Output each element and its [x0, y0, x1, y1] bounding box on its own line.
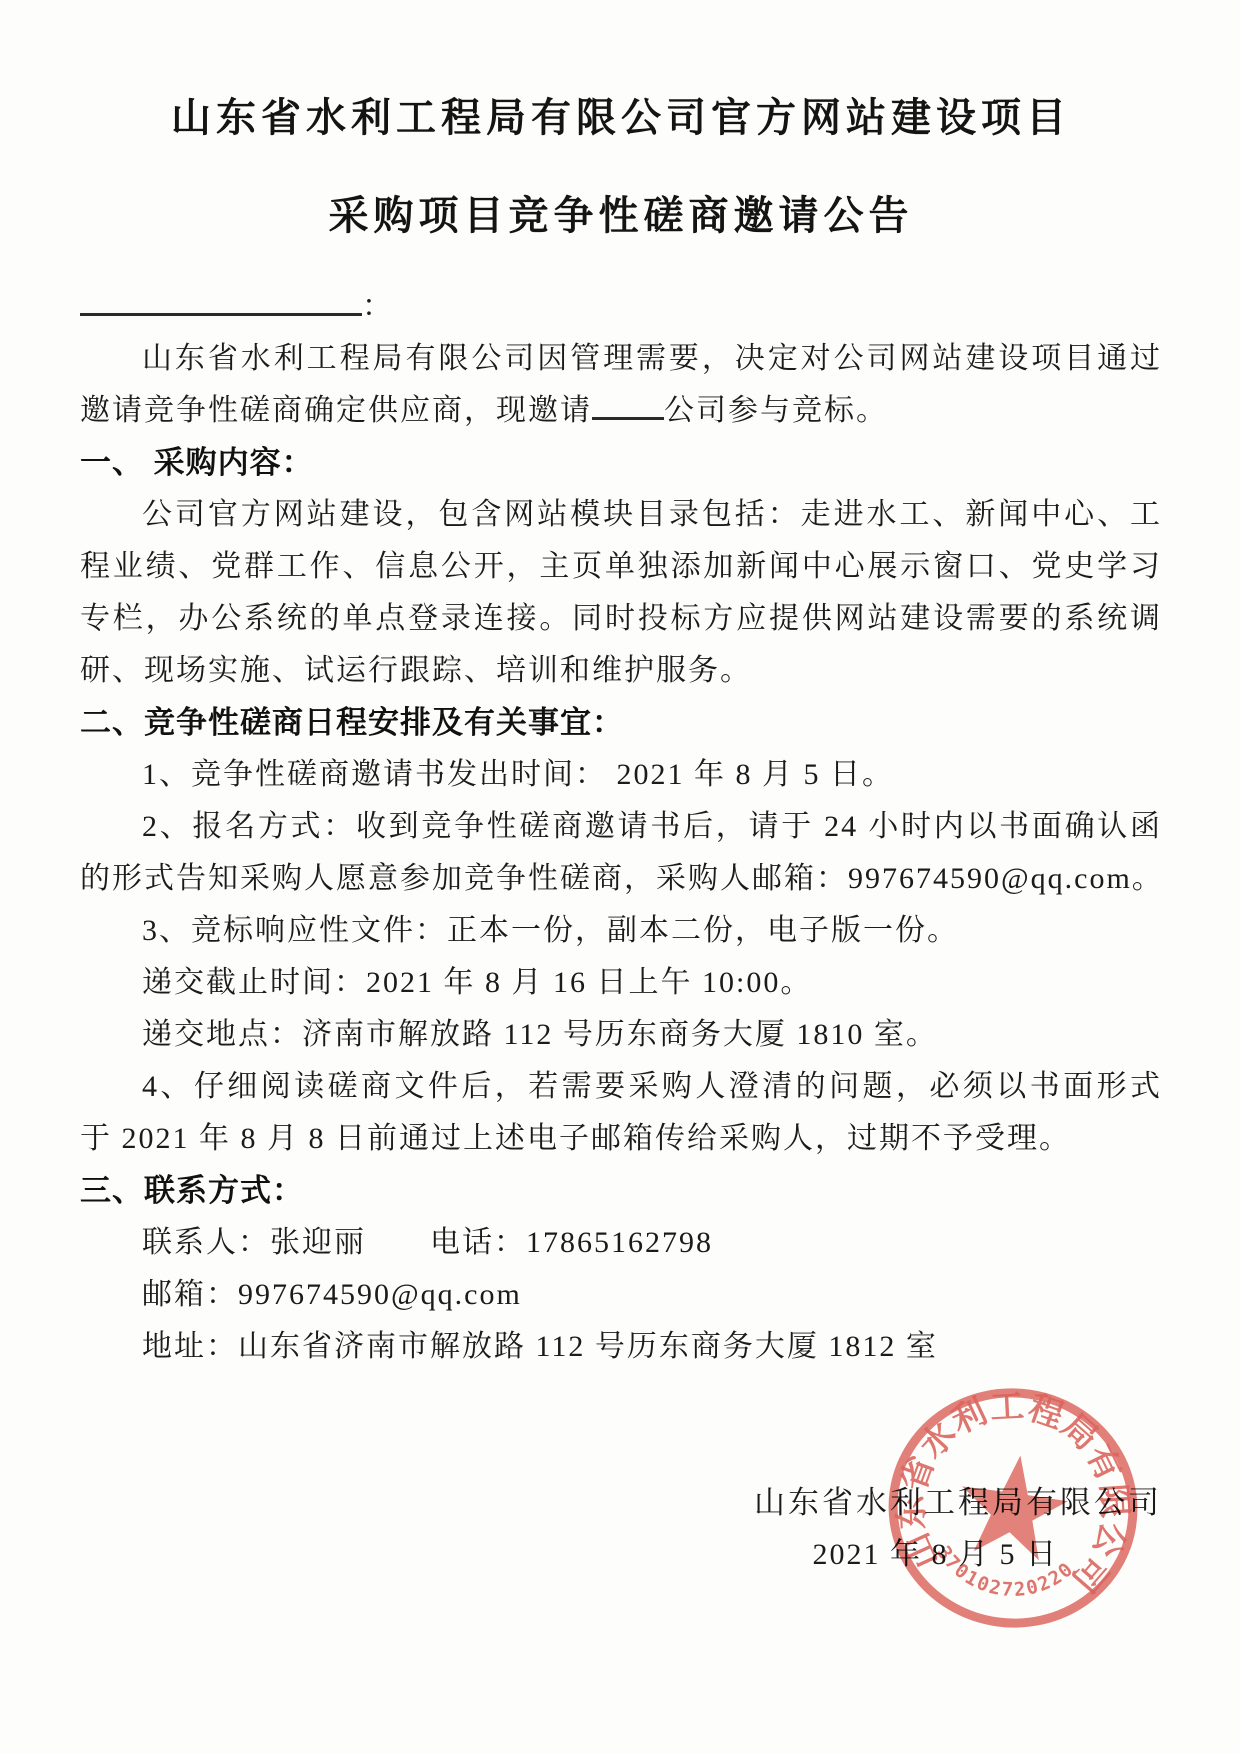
intro-line2-before-blank: 邀请竞争性磋商确定供应商，现邀请	[80, 394, 592, 427]
document-content: 山东省水利工程局有限公司官方网站建设项目 采购项目竞争性磋商邀请公告 ： 山东省…	[0, 92, 1240, 1581]
salutation-colon: ：	[362, 290, 394, 323]
section2-item4-line1: 4、仔细阅读磋商文件后，若需要采购人澄清的问题，必须以书面形式	[80, 1061, 1162, 1113]
intro-line2-after-blank: 公司参与竞标。	[664, 394, 888, 427]
contact-person-line: 联系人：张迎丽 电话：17865162798	[80, 1217, 1162, 1269]
intro-line-1: 山东省水利工程局有限公司因管理需要，决定对公司网站建设项目通过	[80, 333, 1162, 385]
salutation-blank-underline	[80, 278, 362, 316]
signature-date: 2021 年 8 月 5 日	[80, 1529, 1162, 1581]
signature-company: 山东省水利工程局有限公司	[80, 1477, 1162, 1529]
section2-item4-line2: 于 2021 年 8 月 8 日前通过上述电子邮箱传给采购人，过期不予受理。	[80, 1113, 1162, 1165]
scanned-document-page: 山东省水利工程局有限公司官方网站建设项目 采购项目竞争性磋商邀请公告 ： 山东省…	[0, 0, 1240, 1753]
section2-item2-line1: 2、报名方式：收到竞争性磋商邀请书后，请于 24 小时内以书面确认函	[80, 801, 1162, 853]
section2-item2-line2: 的形式告知采购人愿意参加竞争性磋商，采购人邮箱：997674590@qq.com…	[80, 853, 1162, 905]
section2-item1: 1、竞争性磋商邀请书发出时间： 2021 年 8 月 5 日。	[80, 749, 1162, 801]
contact-address-line: 地址：山东省济南市解放路 112 号历东商务大厦 1812 室	[80, 1321, 1162, 1373]
section1-line-1: 公司官方网站建设，包含网站模块目录包括：走进水工、新闻中心、工	[80, 489, 1162, 541]
section1-line-4: 研、现场实施、试运行跟踪、培训和维护服务。	[80, 645, 1162, 697]
section2-heading: 二、竞争性磋商日程安排及有关事宜：	[80, 697, 1162, 749]
section1-line-2: 程业绩、党群工作、信息公开，主页单独添加新闻中心展示窗口、党史学习	[80, 541, 1162, 593]
section1-heading: 一、 采购内容：	[80, 437, 1162, 489]
salutation-line: ：	[80, 278, 1162, 333]
document-title-line1: 山东省水利工程局有限公司官方网站建设项目	[80, 92, 1162, 144]
contact-email-line: 邮箱：997674590@qq.com	[80, 1269, 1162, 1321]
signature-block: 山东省水利工程局有限公司 2021 年 8 月 5 日	[80, 1477, 1162, 1581]
section2-deadline-line: 递交截止时间：2021 年 8 月 16 日上午 10:00。	[80, 957, 1162, 1009]
section2-item3: 3、竞标响应性文件：正本一份，副本二份，电子版一份。	[80, 905, 1162, 957]
section3-heading: 三、联系方式：	[80, 1165, 1162, 1217]
section1-line-3: 专栏，办公系统的单点登录连接。同时投标方应提供网站建设需要的系统调	[80, 593, 1162, 645]
section2-delivery-place-line: 递交地点：济南市解放路 112 号历东商务大厦 1810 室。	[80, 1009, 1162, 1061]
intro-line-2: 邀请竞争性磋商确定供应商，现邀请公司参与竞标。	[80, 385, 1162, 437]
intro-blank-underline	[592, 390, 664, 420]
document-title-line2: 采购项目竞争性磋商邀请公告	[80, 190, 1162, 242]
